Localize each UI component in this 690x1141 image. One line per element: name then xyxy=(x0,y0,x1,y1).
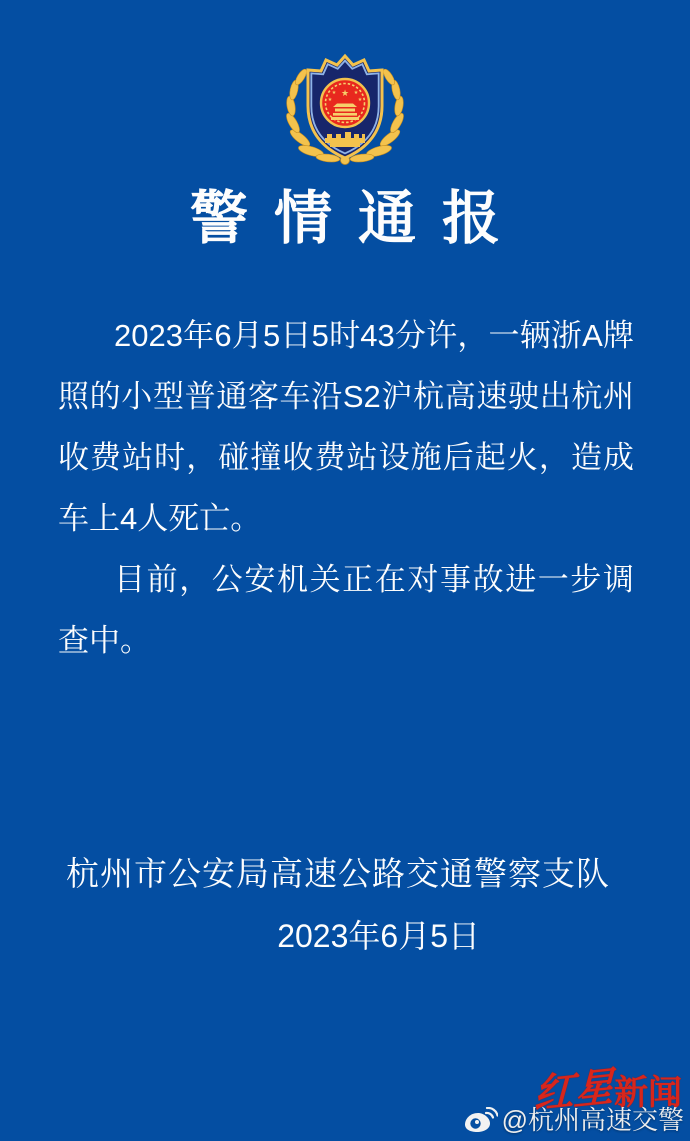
notice-body: 2023年6月5日5时43分许，一辆浙A牌照的小型普通客车沿S2沪杭高速驶出杭州… xyxy=(58,305,634,671)
svg-text:★: ★ xyxy=(354,90,359,96)
signature-agency: 杭州市公安局高速公路交通警察支队 xyxy=(66,854,610,894)
weibo-eye-icon xyxy=(464,1107,498,1133)
notice-title: 警情通报 xyxy=(0,186,690,252)
svg-text:★: ★ xyxy=(332,90,337,96)
watermark: 红星新闻 @杭州高速交警 xyxy=(448,1059,688,1139)
svg-text:★: ★ xyxy=(328,97,333,103)
weibo-credit: @杭州高速交警 xyxy=(464,1105,684,1135)
svg-text:★: ★ xyxy=(358,97,363,103)
signature-date: 2023年6月5日 xyxy=(277,916,480,956)
police-notice: ★ ★ ★ ★ ★ 警情通报 2023年6月5日5时43分许，一辆浙A牌照的小型… xyxy=(0,0,690,1141)
body-paragraph-2: 目前，公安机关正在对事故进一步调查中。 xyxy=(58,549,634,671)
weibo-handle: @杭州高速交警 xyxy=(502,1105,684,1135)
svg-text:★: ★ xyxy=(341,89,349,99)
great-wall xyxy=(325,132,365,147)
police-badge-icon: ★ ★ ★ ★ ★ xyxy=(278,46,412,172)
body-paragraph-1: 2023年6月5日5时43分许，一辆浙A牌照的小型普通客车沿S2沪杭高速驶出杭州… xyxy=(58,305,634,549)
